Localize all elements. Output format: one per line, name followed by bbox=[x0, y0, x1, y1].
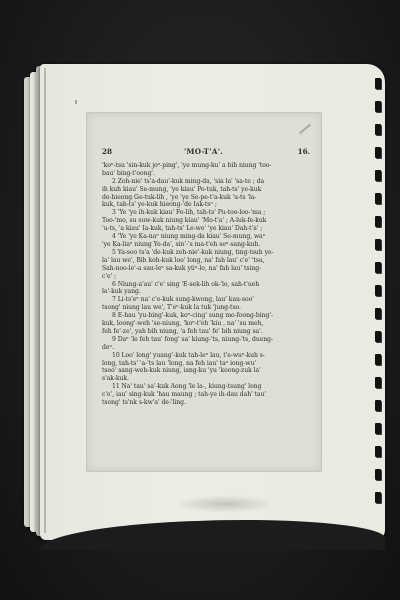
binding-ring-icon bbox=[375, 377, 381, 388]
page-body-text: 'koⁿ-tsu 'sin-kuk joⁿ-ping', 'ye mung-ku… bbox=[102, 162, 310, 407]
spiral-binding bbox=[375, 78, 387, 515]
binding-ring-icon bbox=[375, 124, 381, 135]
text-line: Too-'mo, su suw-kuk niung kiau' 'Mo-t'a'… bbox=[102, 217, 310, 225]
text-line: tsoo' sang-weh-kuk niung, iang-ku 'yu 'k… bbox=[102, 367, 310, 375]
text-line: 'u-ts, 'a kiau' Ia-kuk, tah-ts' Le-we' '… bbox=[102, 225, 310, 233]
running-title: 'MO-T'A'. bbox=[162, 148, 292, 156]
text-line: kuk, tah-ts' ye-kuk hieong-'de Iak-tsⁿ ; bbox=[102, 201, 310, 209]
text-line: 5 Ya-soo ts'a 'de-kuk zeh-nie'-kuk niung… bbox=[102, 249, 310, 257]
text-line: c'e' ; bbox=[102, 273, 310, 281]
text-line: tsong' ts'nk s-kw'a' de-'ling. bbox=[102, 399, 310, 407]
binding-ring-icon bbox=[375, 147, 381, 158]
ink-smudge bbox=[175, 495, 275, 513]
text-line: 2 Zoh-nie' ts'a-dau'-kuk ming-da, 'sia l… bbox=[102, 178, 310, 186]
text-line: feh fe'-ze', yah bih niung, 'a feh tau' … bbox=[102, 328, 310, 336]
binding-ring-icon bbox=[375, 331, 381, 342]
text-line: c'e', iau' sing-kuk 'hau maung ; tah-ye … bbox=[102, 391, 310, 399]
text-line: 'ye Ḳa-liaⁿ niung Ye-da', sin'-'s ma-t'e… bbox=[102, 241, 310, 249]
text-line: de-hieong Ǥe-tuk-lih , 'ye 'ye Se-pe-t'a… bbox=[102, 194, 310, 202]
binding-ring-icon bbox=[375, 239, 381, 250]
binding-ring-icon bbox=[375, 216, 381, 227]
text-line: 9 Daⁿ 'le feh tau' fong' sa' kiung-'ts, … bbox=[102, 336, 310, 344]
text-line: kuk, loong'-weh 'se-niung, 'koⁿ-t'eh 'ki… bbox=[102, 320, 310, 328]
paper-speck bbox=[75, 100, 77, 104]
text-line: 11 Na' tau' sa'-kuk Āong 'le la-, kiung-… bbox=[102, 383, 310, 391]
text-line: 3 'Ye 'ye ih-kuk kiau' Fe-lih, tah-ts' P… bbox=[102, 209, 310, 217]
binding-ring-icon bbox=[375, 469, 381, 480]
text-line: ih kuh kiau' Se-mung, 'ye kiau' Pe-tuk, … bbox=[102, 186, 310, 194]
binding-ring-icon bbox=[375, 423, 381, 434]
text-line: s'ak-kuk. bbox=[102, 375, 310, 383]
text-line: la'-kuk yang. bbox=[102, 288, 310, 296]
binding-ring-icon bbox=[375, 78, 381, 89]
spine-shadow bbox=[44, 68, 46, 533]
binding-ring-icon bbox=[375, 170, 381, 181]
binding-ring-icon bbox=[375, 308, 381, 319]
text-line: 10 Loo' long' yuang'-kuk tah-leⁿ lau, t'… bbox=[102, 352, 310, 360]
binding-ring-icon bbox=[375, 446, 381, 457]
text-line: 7 Li-ts'eⁿ na' c'e-kuk sung-kwong, lau' … bbox=[102, 296, 310, 304]
binding-ring-icon bbox=[375, 400, 381, 411]
text-line: tsong' niung lau we', T'eⁿ-kuk la tuk 'j… bbox=[102, 304, 310, 312]
chapter-number: 16. bbox=[298, 148, 310, 156]
binding-ring-icon bbox=[375, 492, 381, 503]
binding-ring-icon bbox=[375, 354, 381, 365]
text-line: 4 'Ye 'ye Ḳa-naⁿ niung ming-da kiau' Se-… bbox=[102, 233, 310, 241]
binding-ring-icon bbox=[375, 193, 381, 204]
printed-page: 28 'MO-T'A'. 16. 'koⁿ-tsu 'sin-kuk joⁿ-p… bbox=[102, 148, 310, 407]
binding-ring-icon bbox=[375, 262, 381, 273]
binding-ring-icon bbox=[375, 101, 381, 112]
text-line: bau' bing-t'oong'. bbox=[102, 170, 310, 178]
text-line: la' lau we', Bih koh-kuk loo' long, na' … bbox=[102, 257, 310, 265]
running-head: 28 'MO-T'A'. 16. bbox=[102, 148, 310, 156]
text-line: 6 Niung-a'au' c'e' sing 'E-sek-lih ok-'l… bbox=[102, 281, 310, 289]
text-line: Sah-noo-le'-a sau-leⁿ sa-kuk yüⁿ-lo, na'… bbox=[102, 265, 310, 273]
text-line: deⁿ. bbox=[102, 344, 310, 352]
page-number: 28 bbox=[102, 148, 162, 156]
binding-ring-icon bbox=[375, 285, 381, 296]
text-line: long, tah-ts' 'a-'ts lau 'long, na feh i… bbox=[102, 360, 310, 368]
text-line: 8 E-hau 'yu-bing'-kuk, koⁿ-cing' sung mo… bbox=[102, 312, 310, 320]
text-line: 'koⁿ-tsu 'sin-kuk joⁿ-ping', 'ye mung-ku… bbox=[102, 162, 310, 170]
